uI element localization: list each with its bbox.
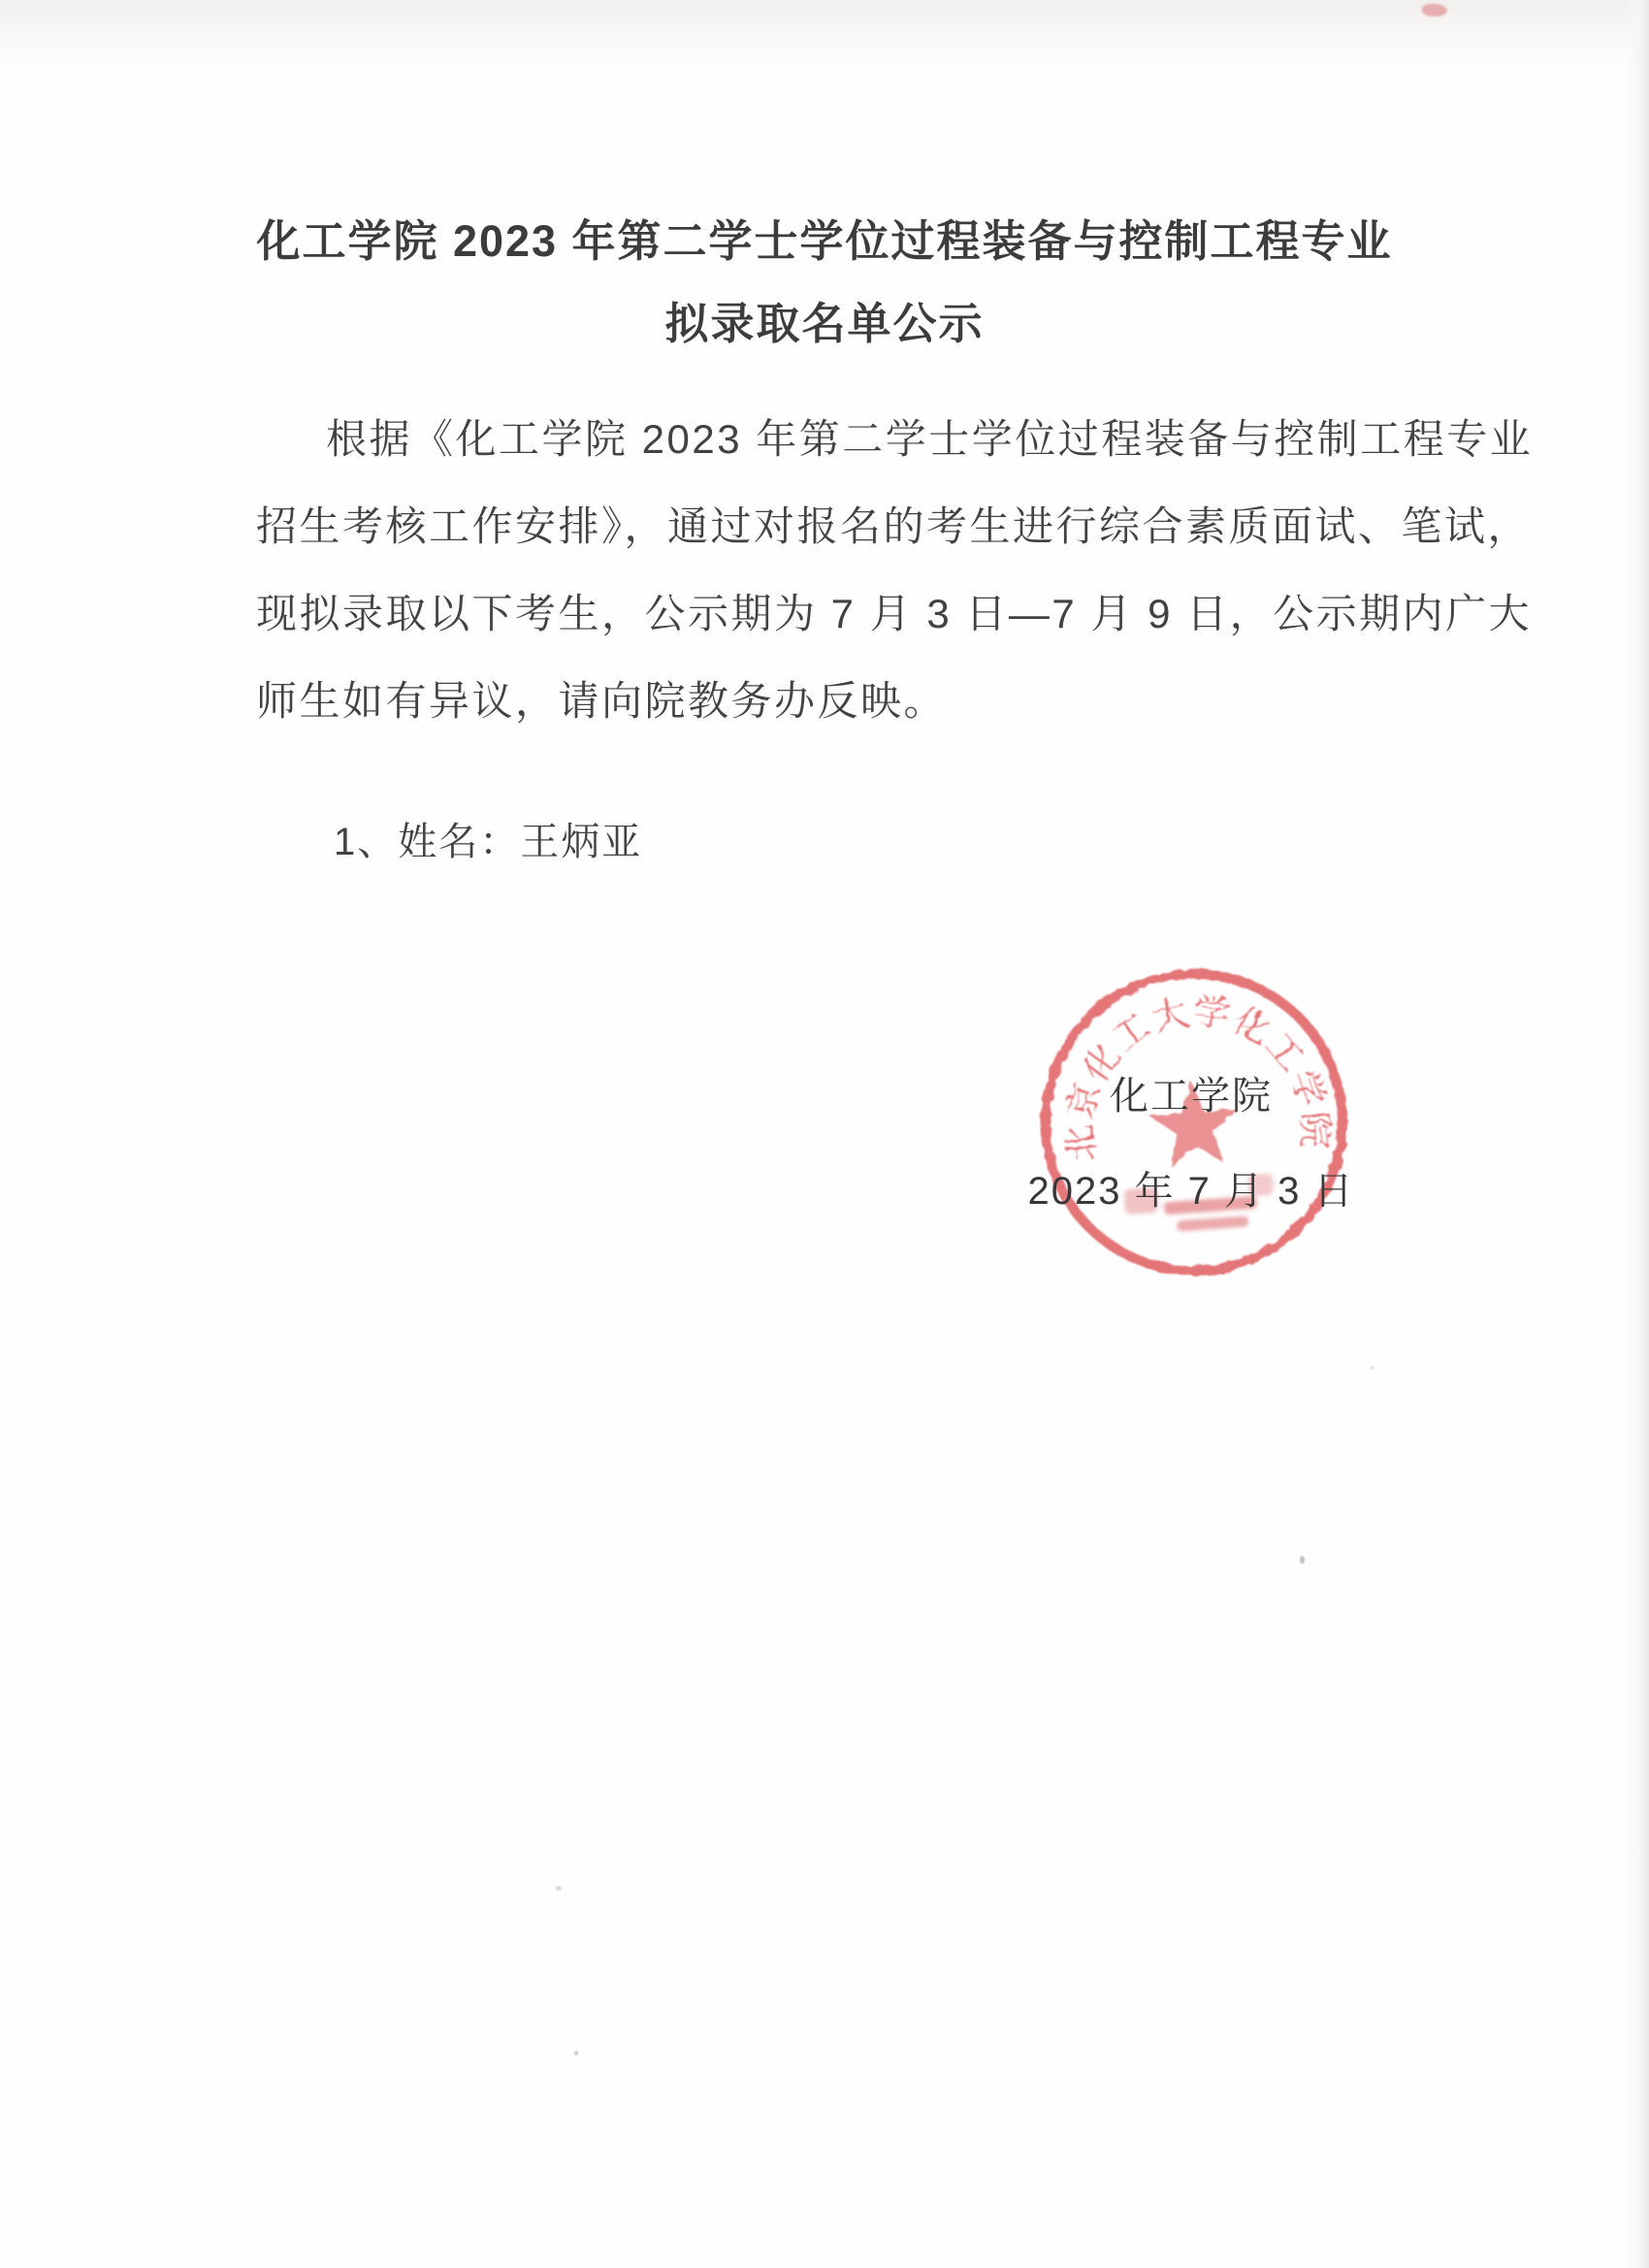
paragraph-line-2: 招生考核工作安排》，通过对报名的考生进行综合素质面试、笔试， [256,495,1531,553]
signature-date: 2023 年 7 月 3 日 [1027,1160,1354,1215]
document-page: 化工学院 2023 年第二学士学位过程装备与控制工程专业 拟录取名单公示 根据《… [0,0,1649,2268]
document-title-line2: 拟录取名单公示 [0,288,1649,351]
scan-speck [574,2051,578,2056]
scan-speck [1300,1556,1305,1564]
paragraph-line-3: 现拟录取以下考生，公示期为 7 月 3 日—7 月 9 日，公示期内广大 [256,582,1532,640]
official-seal-graphic: 北京化工大学化工学院 [1015,944,1373,1302]
paragraph-line-1: 根据《化工学院 2023 年第二学士学位过程装备与控制工程专业 [326,407,1533,466]
admitted-candidate-item: 1、姓名：王炳亚 [334,811,642,866]
scan-speck [1371,1366,1374,1370]
document-title-line1: 化工学院 2023 年第二学士学位过程装备与控制工程专业 [0,206,1649,269]
signature-department: 化工学院 [1110,1065,1273,1120]
official-seal: 北京化工大学化工学院 [1015,944,1373,1302]
scan-speck-red [1422,4,1447,16]
paragraph-line-4: 师生如有异议，请向院教务办反映。 [256,669,947,728]
scan-speck [556,1886,562,1891]
